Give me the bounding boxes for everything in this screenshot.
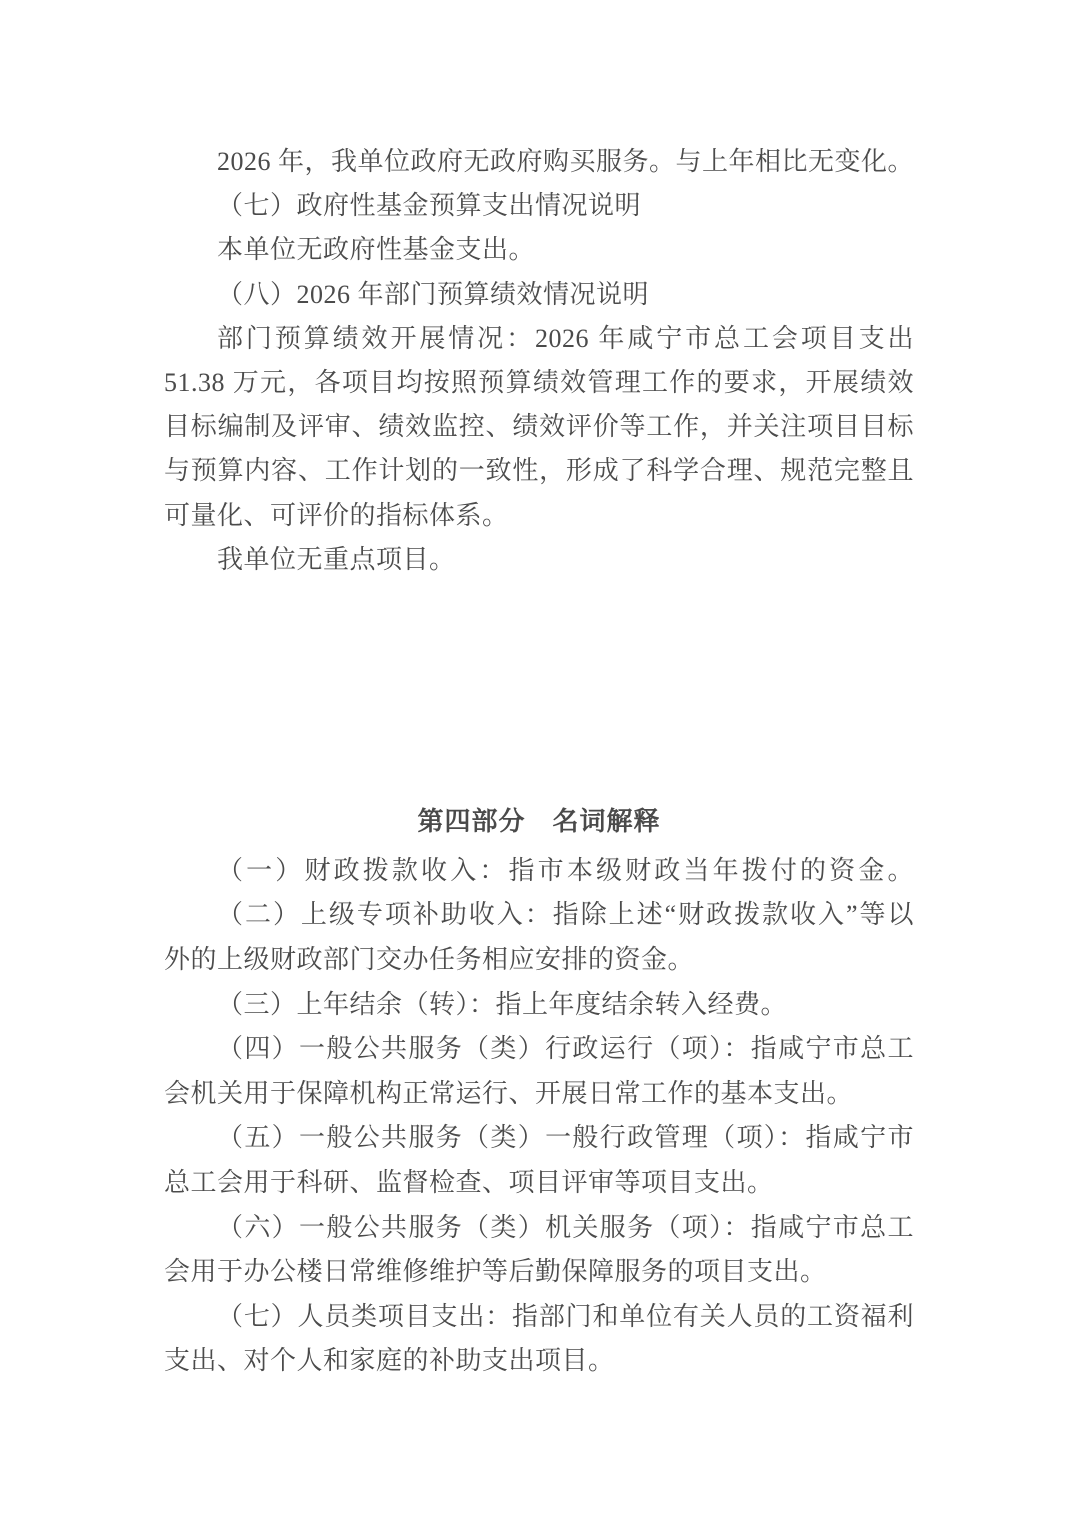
text-line: 51.38 万元，各项目均按照预算绩效管理工作的要求，开展绩效 (164, 361, 914, 405)
text-line: 会机关用于保障机构正常运行、开展日常工作的基本支出。 (164, 1072, 914, 1117)
budget-notes-section: 2026 年，我单位政府无政府购买服务。与上年相比无变化。 （七）政府性基金预算… (164, 140, 914, 582)
text-line: 本单位无政府性基金支出。 (164, 228, 914, 272)
section-divider-space (164, 582, 914, 799)
text-line: （四）一般公共服务（类）行政运行（项）：指咸宁市总工 (164, 1027, 914, 1072)
text-line: （七）政府性基金预算支出情况说明 (164, 184, 914, 228)
text-line: 目标编制及评审、绩效监控、绩效评价等工作，并关注项目目标 (164, 405, 914, 449)
text-line: （七）人员类项目支出：指部门和单位有关人员的工资福利 (164, 1295, 914, 1340)
text-line: 支出、对个人和家庭的补助支出项目。 (164, 1339, 914, 1384)
text-line: （三）上年结余（转）：指上年度结余转入经费。 (164, 983, 914, 1028)
text-line: 部门预算绩效开展情况：2026 年咸宁市总工会项目支出 (164, 317, 914, 361)
text-line: 与预算内容、工作计划的一致性，形成了科学合理、规范完整且 (164, 449, 914, 493)
text-line: （二）上级专项补助收入：指除上述“财政拨款收入”等以 (164, 893, 914, 938)
glossary-section: （一）财政拨款收入：指市本级财政当年拨付的资金。 （二）上级专项补助收入：指除上… (164, 849, 914, 1384)
text-line: 可量化、可评价的指标体系。 (164, 494, 914, 538)
text-line: 会用于办公楼日常维修维护等后勤保障服务的项目支出。 (164, 1250, 914, 1295)
text-line: （八）2026 年部门预算绩效情况说明 (164, 273, 914, 317)
text-line: （六）一般公共服务（类）机关服务（项）：指咸宁市总工 (164, 1206, 914, 1251)
text-line: 我单位无重点项目。 (164, 538, 914, 582)
text-line: 总工会用于科研、监督检查、项目评审等项目支出。 (164, 1161, 914, 1206)
section-heading: 第四部分 名词解释 (164, 799, 914, 843)
document-page: 2026 年，我单位政府无政府购买服务。与上年相比无变化。 （七）政府性基金预算… (164, 140, 914, 1384)
text-line: （一）财政拨款收入：指市本级财政当年拨付的资金。 (164, 849, 914, 894)
text-line: 外的上级财政部门交办任务相应安排的资金。 (164, 938, 914, 983)
text-line: 2026 年，我单位政府无政府购买服务。与上年相比无变化。 (164, 140, 914, 184)
text-line: （五）一般公共服务（类）一般行政管理（项）：指咸宁市 (164, 1116, 914, 1161)
